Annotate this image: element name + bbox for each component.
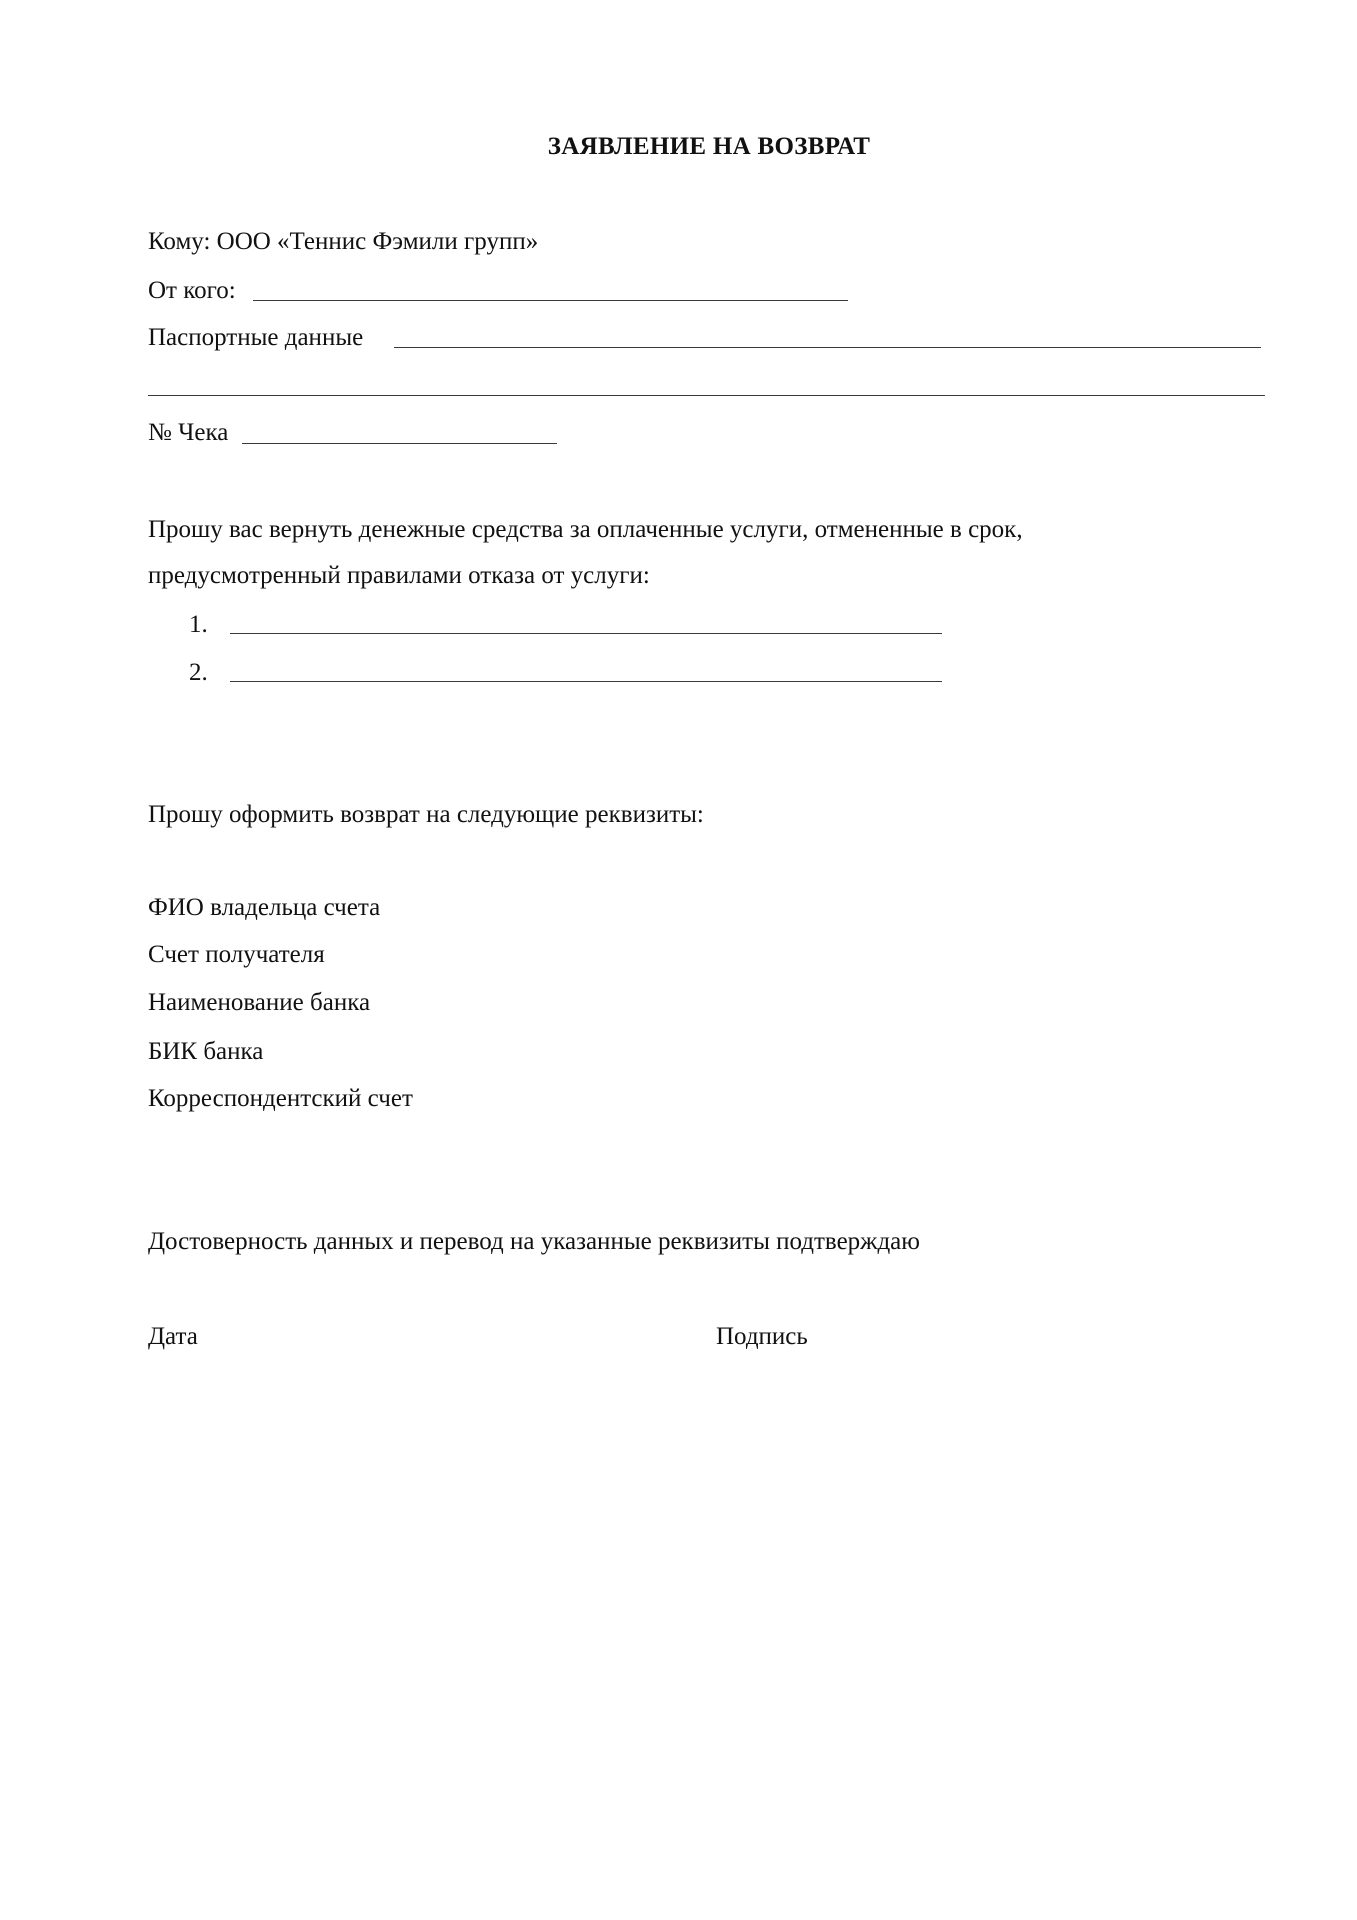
- receipt-label: № Чека: [148, 418, 228, 448]
- request-paragraph-line2: предусмотренный правилами отказа от услу…: [148, 561, 650, 591]
- service-item-line[interactable]: [230, 633, 942, 634]
- requisites-intro: Прошу оформить возврат на следующие рекв…: [148, 800, 704, 830]
- date-label: Дата: [148, 1322, 198, 1352]
- from-field-line[interactable]: [253, 300, 848, 301]
- passport-field-line-2[interactable]: [148, 395, 1265, 396]
- service-item-line[interactable]: [230, 681, 942, 682]
- passport-field-line[interactable]: [394, 347, 1261, 348]
- signature-label: Подпись: [716, 1322, 808, 1352]
- from-label: От кого:: [148, 276, 236, 306]
- requisite-item: Корреспондентский счет: [148, 1084, 413, 1114]
- document-title: ЗАЯВЛЕНИЕ НА ВОЗВРАТ: [0, 132, 1357, 162]
- requisite-item: Наименование банка: [148, 988, 370, 1018]
- requisite-item: Счет получателя: [148, 940, 325, 970]
- confirmation-text: Достоверность данных и перевод на указан…: [148, 1227, 920, 1257]
- requisite-item: БИК банка: [148, 1037, 263, 1067]
- passport-label: Паспортные данные: [148, 323, 363, 353]
- request-paragraph-line1: Прошу вас вернуть денежные средства за о…: [148, 515, 1023, 545]
- recipient-line: Кому: ООО «Теннис Фэмили групп»: [148, 227, 538, 257]
- receipt-field-line[interactable]: [242, 443, 557, 444]
- service-item-number: 1.: [189, 610, 208, 640]
- requisite-item: ФИО владельца счета: [148, 893, 380, 923]
- service-item-number: 2.: [189, 658, 208, 688]
